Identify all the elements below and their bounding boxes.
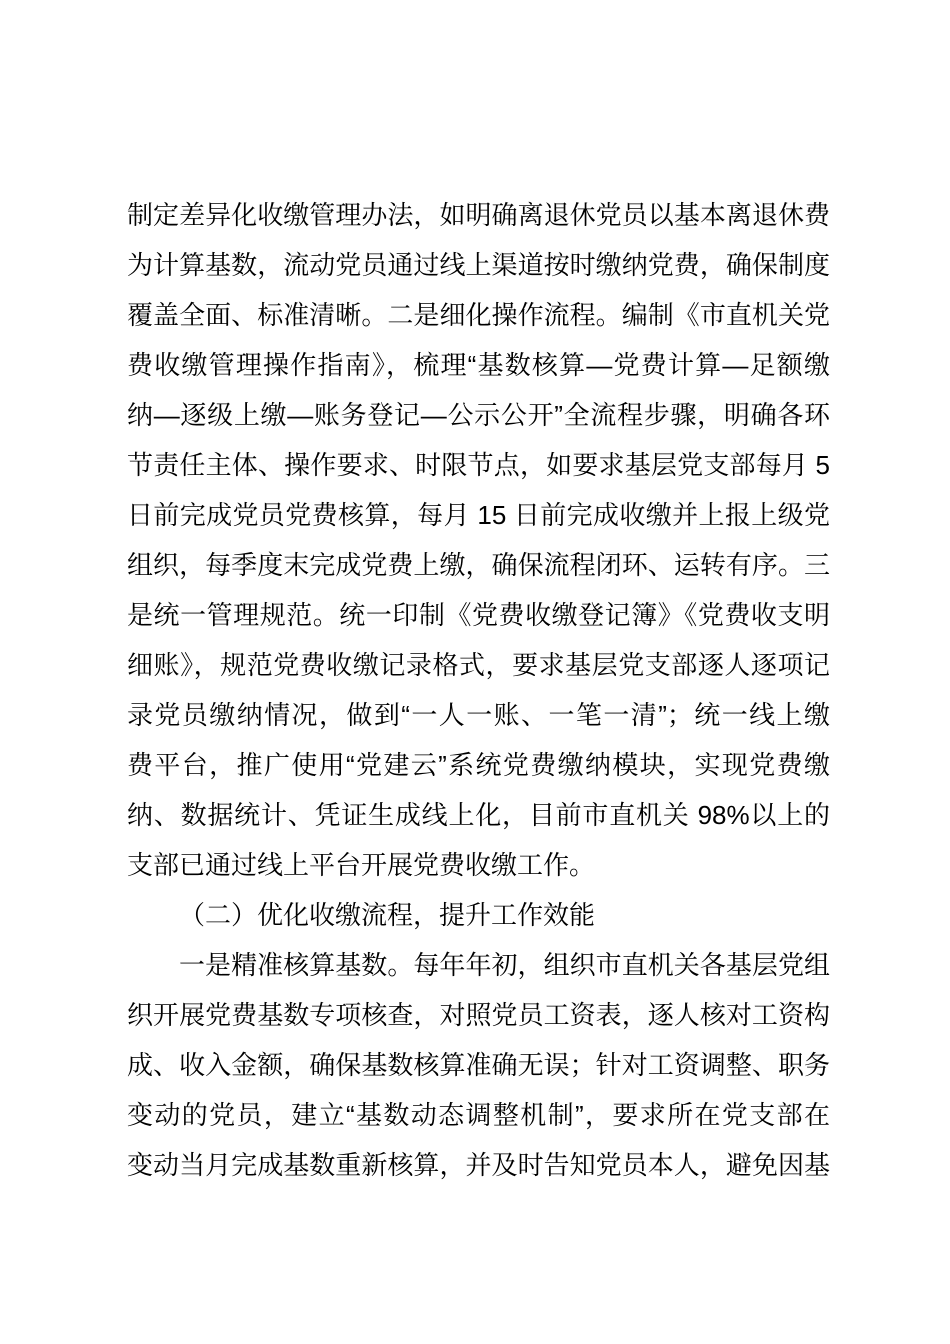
text-line: 覆盖全面、标准清晰。二是细化操作流程。编制《市直机关党 — [127, 290, 830, 340]
document-text-block: 制定差异化收缴管理办法，如明确离退休党员以基本离退休费 为计算基数，流动党员通过… — [127, 190, 830, 1190]
text-line: 织开展党费基数专项核查，对照党员工资表，逐人核对工资构 — [127, 990, 830, 1040]
text-line: 成、收入金额，确保基数核算准确无误；针对工资调整、职务 — [127, 1040, 830, 1090]
section-heading-line: （二）优化收缴流程，提升工作效能 — [127, 890, 830, 940]
paragraph-end-line: 支部已通过线上平台开展党费收缴工作。 — [127, 840, 830, 890]
text-line: 为计算基数，流动党员通过线上渠道按时缴纳党费，确保制度 — [127, 240, 830, 290]
text-line: 变动的党员，建立“基数动态调整机制”，要求所在党支部在 — [127, 1090, 830, 1140]
text-line: 费平台，推广使用“党建云”系统党费缴纳模块，实现党费缴 — [127, 740, 830, 790]
paragraph-start-line: 一是精准核算基数。每年年初，组织市直机关各基层党组 — [127, 940, 830, 990]
text-line: 制定差异化收缴管理办法，如明确离退休党员以基本离退休费 — [127, 190, 830, 240]
text-line: 纳、数据统计、凭证生成线上化，目前市直机关 98%以上的党 — [127, 790, 830, 840]
text-line: 录党员缴纳情况，做到“一人一账、一笔一清”；统一线上缴 — [127, 690, 830, 740]
text-line: 组织，每季度末完成党费上缴，确保流程闭环、运转有序。三 — [127, 540, 830, 590]
text-line: 是统一管理规范。统一印制《党费收缴登记簿》《党费收支明 — [127, 590, 830, 640]
text-line: 纳—逐级上缴—账务登记—公示公开”全流程步骤，明确各环 — [127, 390, 830, 440]
text-line: 日前完成党员党费核算，每月 15 日前完成收缴并上报上级党 — [127, 490, 830, 540]
text-line: 细账》，规范党费收缴记录格式，要求基层党支部逐人逐项记 — [127, 640, 830, 690]
text-line: 费收缴管理操作指南》，梳理“基数核算—党费计算—足额缴 — [127, 340, 830, 390]
document-page: 制定差异化收缴管理办法，如明确离退休党员以基本离退休费 为计算基数，流动党员通过… — [0, 0, 950, 1344]
text-line: 节责任主体、操作要求、时限节点，如要求基层党支部每月 5 — [127, 440, 830, 490]
text-line: 变动当月完成基数重新核算，并及时告知党员本人，避免因基 — [127, 1140, 830, 1190]
